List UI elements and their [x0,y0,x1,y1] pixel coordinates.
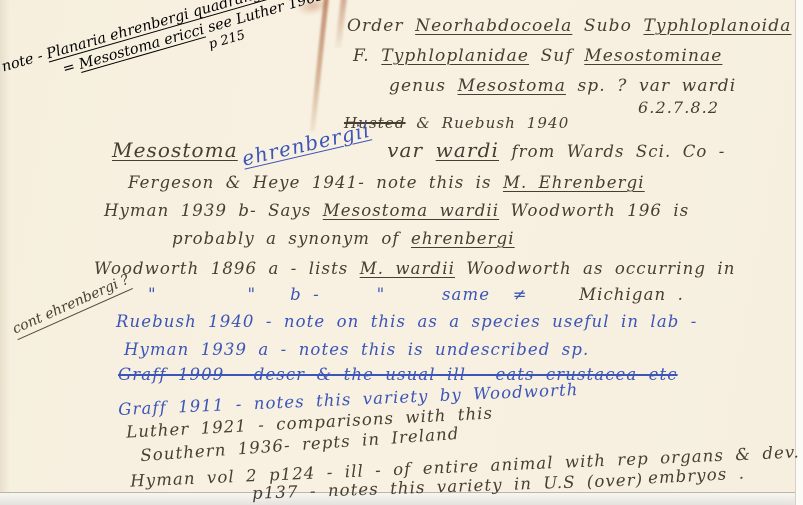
entry-graff1909-struck: Graff 1909 - descr & the usual ill - eat… [118,365,678,384]
species-name: sp. ? var wardi [577,76,736,96]
entry-text: Woodworth 196 is [499,201,689,220]
entry-text: Woodworth 1896 a - lists [94,259,360,278]
authority-name: & Ruebush 1940 [416,114,569,132]
entry-text: Hyman 1939 b- Says [104,201,323,220]
entry-text: Woodworth as occurring in [455,259,736,278]
card-right-edge [795,0,803,505]
entry-woodworth1896a: Woodworth 1896 a - lists M. wardii Woodw… [94,259,736,278]
entry-text: probably a synonym of [172,229,411,248]
entry-hyman1939b-cont: probably a synonym of ehrenbergi [172,229,515,248]
entry-species: ehrenbergi [411,229,515,248]
classification-line2: F. Typhloplanidae Suf Mesostominae [353,46,722,66]
entry-species: M. wardii [360,259,455,278]
genus-name: Mesostoma [458,76,566,96]
suborder-name: Typhloplanoida [643,16,791,36]
title-source: from Wards Sci. Co - [511,142,725,161]
entry-ferguson: Fergeson & Heye 1941- note this is M. Eh… [128,173,645,192]
ditto-marks: " " b - " same ≠ [148,285,528,304]
entry-place: Michigan [579,285,666,304]
title-variety: wardi [436,138,499,162]
authority-line: Husted & Ruebush 1940 [344,114,569,132]
entry-text: Fergeson & Heye 1941- note this is [128,173,503,192]
title-var-label: var [387,138,423,162]
entry-woodworth1896b: " " b - " same ≠ Michigan . [148,285,684,304]
title-genus: Mesostoma [112,138,238,162]
family-label: F. [353,46,370,66]
genus-label: genus [389,76,446,96]
entry-text: . [678,285,684,304]
topnote-equals: = [61,59,77,78]
catalog-code: 6.2.7.8.2 [638,98,719,117]
entry-hyman1939a: Hyman 1939 a - notes this is undescribed… [124,340,589,359]
classification-line3: genus Mesostoma sp. ? var wardi [389,76,736,96]
entry-hyman1939b: Hyman 1939 b- Says Mesostoma wardii Wood… [104,201,689,220]
classification-line1: Order Neorhabdocoela Subo Typhloplanoida [347,16,791,36]
order-name: Neorhabdocoela [415,16,572,36]
subfamily-label: Suf [541,46,573,66]
scanned-index-card-page: note - Planaria ehrenbergi quadrangulari… [0,0,803,505]
entry-species: M. Ehrenbergi [503,173,645,192]
entry-ruebush1940: Ruebush 1940 - note on this as a species… [116,312,697,331]
suborder-label: Subo [584,16,632,36]
family-name: Typhloplanidae [381,46,529,66]
order-label: Order [347,16,404,36]
card-title: Mesostomaehrenbergii var wardi from Ward… [112,138,726,162]
subfamily-name: Mesostominae [584,46,722,66]
entry-species: Mesostoma wardii [323,201,499,220]
